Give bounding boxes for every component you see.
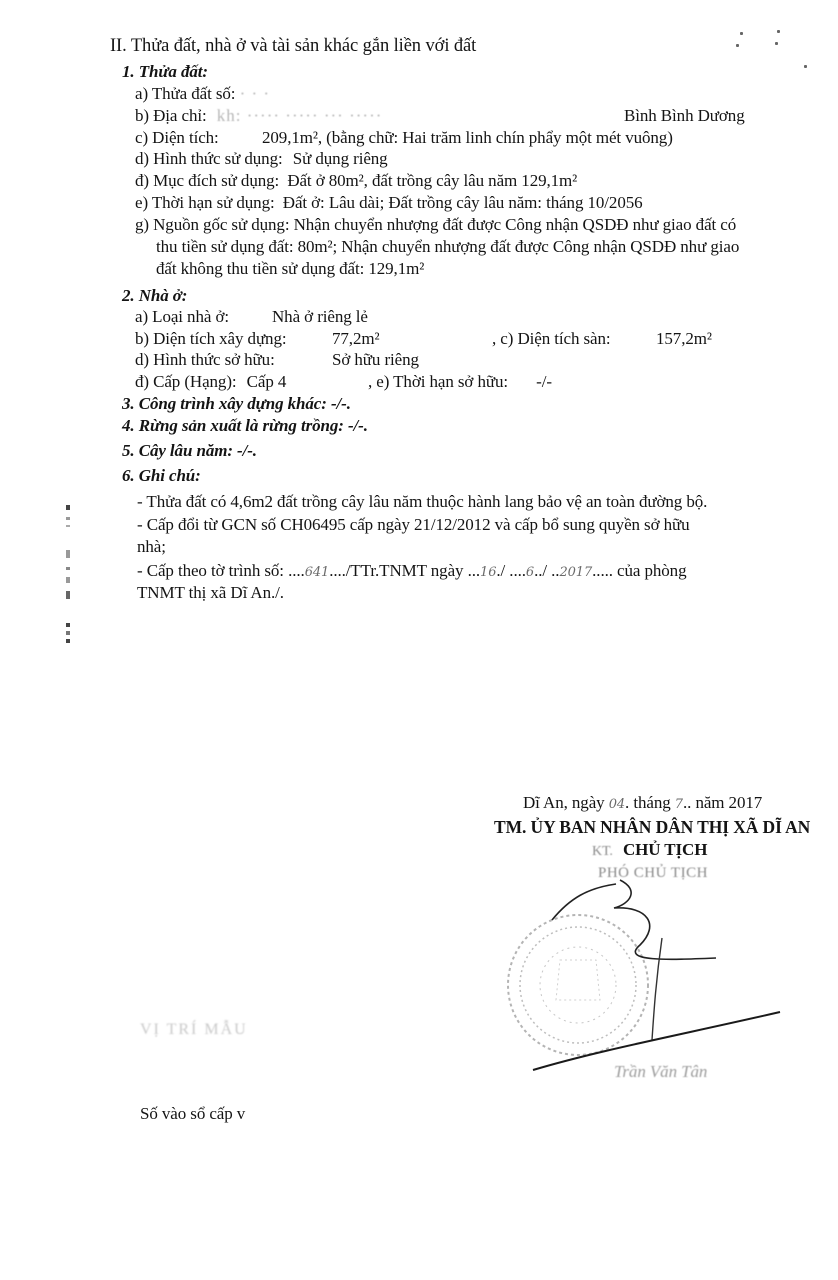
signer-name: Trần Văn Tân <box>614 1062 707 1082</box>
register-number-label: Số vào sổ cấp v <box>140 1104 245 1124</box>
official-seal-icon <box>508 915 648 1055</box>
seal-and-signature <box>0 0 838 1280</box>
faded-stamp: VỊ TRÍ MẪU <box>140 1020 248 1040</box>
certificate-page: II. Thửa đất, nhà ở và tài sản khác gắn … <box>0 0 838 1280</box>
